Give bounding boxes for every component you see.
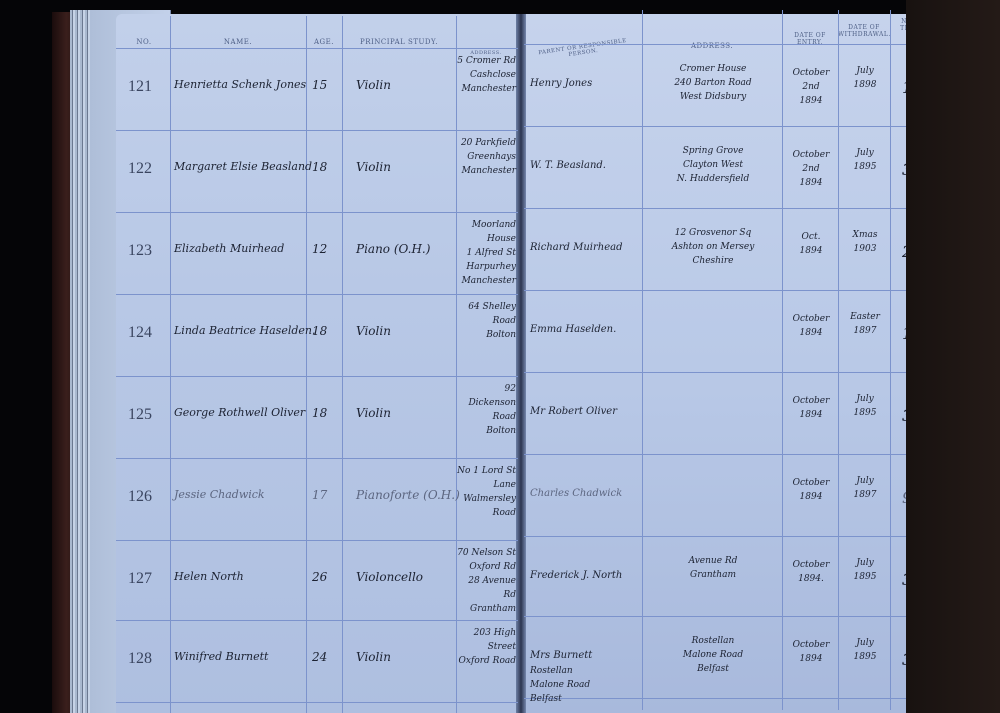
principal-study: Violin	[356, 160, 391, 174]
student-name: Henrietta Schenk Jones	[174, 78, 306, 91]
header-principal-study: Principal Study.	[342, 38, 456, 46]
row-rule	[116, 294, 518, 295]
student-name: Winifred Burnett	[174, 650, 268, 663]
header-no: No.	[118, 38, 170, 46]
row-rule	[524, 616, 940, 617]
row-number: 122	[128, 160, 152, 178]
header-date-withdrawal: Date of Withdrawal.	[838, 24, 890, 38]
principal-study: Violin	[356, 324, 391, 338]
date-of-entry: October1894.	[784, 558, 838, 586]
student-age: 26	[312, 570, 327, 584]
student-age: 15	[312, 78, 327, 92]
date-of-withdrawal: July1895	[840, 636, 890, 664]
parent-address-note: RostellanMalone RoadBelfast	[530, 664, 640, 706]
date-of-withdrawal: July1895	[840, 146, 890, 174]
date-of-entry: October1894	[784, 394, 838, 422]
row-rule	[116, 130, 518, 131]
column-rule	[170, 16, 171, 713]
student-age: 18	[312, 324, 327, 338]
book-cover-right	[906, 0, 1000, 713]
parent-address: Avenue RdGrantham	[648, 554, 778, 582]
date-of-entry: October1894	[784, 476, 838, 504]
principal-study: Violin	[356, 78, 391, 92]
row-rule	[116, 620, 518, 621]
row-number: 126	[128, 488, 152, 506]
principal-study: Piano (O.H.)	[356, 242, 430, 256]
parent-name: Charles Chadwick	[530, 488, 622, 499]
header-name: Name.	[170, 38, 306, 46]
student-age: 24	[312, 650, 327, 664]
date-of-withdrawal: July1895	[840, 392, 890, 420]
parent-name: W. T. Beasland.	[530, 160, 606, 171]
student-address: 5 Cromer RdCashcloseManchester	[456, 54, 516, 96]
row-rule	[524, 372, 940, 373]
register-book: 1111111111111112 No. Name. Age. Principa…	[52, 4, 952, 713]
date-of-withdrawal: July1898	[840, 64, 890, 92]
row-rule	[524, 44, 940, 45]
student-name: Elizabeth Muirhead	[174, 242, 284, 255]
student-name: Helen North	[174, 570, 244, 583]
row-rule	[116, 376, 518, 377]
row-rule	[116, 212, 518, 213]
column-rule	[342, 16, 343, 713]
book-gutter	[516, 14, 526, 713]
student-address: 64 Shelley RoadBolton	[456, 300, 516, 342]
parent-name: Henry Jones	[530, 78, 592, 89]
student-age: 18	[312, 406, 327, 420]
parent-address: 12 Grosvenor SqAshton on MerseyCheshire	[648, 226, 778, 268]
row-number: 128	[128, 650, 152, 668]
principal-study: Violin	[356, 650, 391, 664]
row-rule	[116, 540, 518, 541]
date-of-withdrawal: Xmas1903	[840, 228, 890, 256]
row-number: 124	[128, 324, 152, 342]
student-address: 70 Nelson StOxford Rd28 Avenue RdGrantha…	[456, 546, 516, 616]
parent-name: Mr Robert Oliver	[530, 406, 617, 417]
date-of-entry: October1894	[784, 638, 838, 666]
parent-name: Frederick J. North	[530, 570, 622, 581]
column-rule	[890, 10, 891, 710]
student-address: 203 High StreetOxford Road	[456, 626, 516, 668]
column-rule	[782, 10, 783, 710]
student-age: 17	[312, 488, 327, 502]
parent-name: Emma Haselden.	[530, 324, 616, 335]
column-rule	[838, 10, 839, 710]
row-rule	[524, 208, 940, 209]
row-rule	[524, 126, 940, 127]
date-of-entry: October 2nd1894	[784, 66, 838, 108]
student-name: Jessie Chadwick	[174, 488, 265, 501]
student-age: 12	[312, 242, 327, 256]
column-rule	[306, 16, 307, 713]
student-age: 18	[312, 160, 327, 174]
row-rule	[116, 702, 518, 703]
header-age: Age.	[306, 38, 342, 46]
row-rule	[116, 458, 518, 459]
parent-address: RostellanMalone RoadBelfast	[648, 634, 778, 676]
date-of-withdrawal: Easter1897	[840, 310, 890, 338]
student-address: No 1 Lord StLaneWalmersleyRoad	[456, 464, 516, 520]
parent-name: Richard Muirhead	[530, 242, 622, 253]
row-rule	[524, 454, 940, 455]
student-address: 92 DickensonRoadBolton	[456, 382, 516, 438]
date-of-entry: October 2nd1894	[784, 148, 838, 190]
principal-study: Violin	[356, 406, 391, 420]
date-of-entry: October1894	[784, 312, 838, 340]
date-of-entry: Oct.1894	[784, 230, 838, 258]
principal-study: Violoncello	[356, 570, 423, 584]
parent-name: Mrs Burnett	[530, 650, 592, 661]
row-rule	[116, 48, 518, 49]
student-address: 20 ParkfieldGreenhaysManchester	[456, 136, 516, 178]
row-number: 127	[128, 570, 152, 588]
column-rule	[642, 10, 643, 710]
student-name: Margaret Elsie Beasland	[174, 160, 312, 173]
row-number: 121	[128, 78, 152, 96]
parent-address: Cromer House240 Barton RoadWest Didsbury	[648, 62, 778, 104]
row-number: 125	[128, 406, 152, 424]
row-rule	[524, 536, 940, 537]
student-address: Moorland House1 Alfred StHarpurheyManche…	[456, 218, 516, 288]
student-name: Linda Beatrice Haselden.	[174, 324, 315, 337]
right-page	[522, 14, 952, 713]
principal-study: Pianoforte (O.H.)	[356, 488, 460, 502]
parent-address: Spring GroveClayton WestN. Huddersfield	[648, 144, 778, 186]
date-of-withdrawal: July1897	[840, 474, 890, 502]
date-of-withdrawal: July1895	[840, 556, 890, 584]
student-name: George Rothwell Oliver	[174, 406, 305, 419]
row-number: 123	[128, 242, 152, 260]
row-rule	[524, 290, 940, 291]
